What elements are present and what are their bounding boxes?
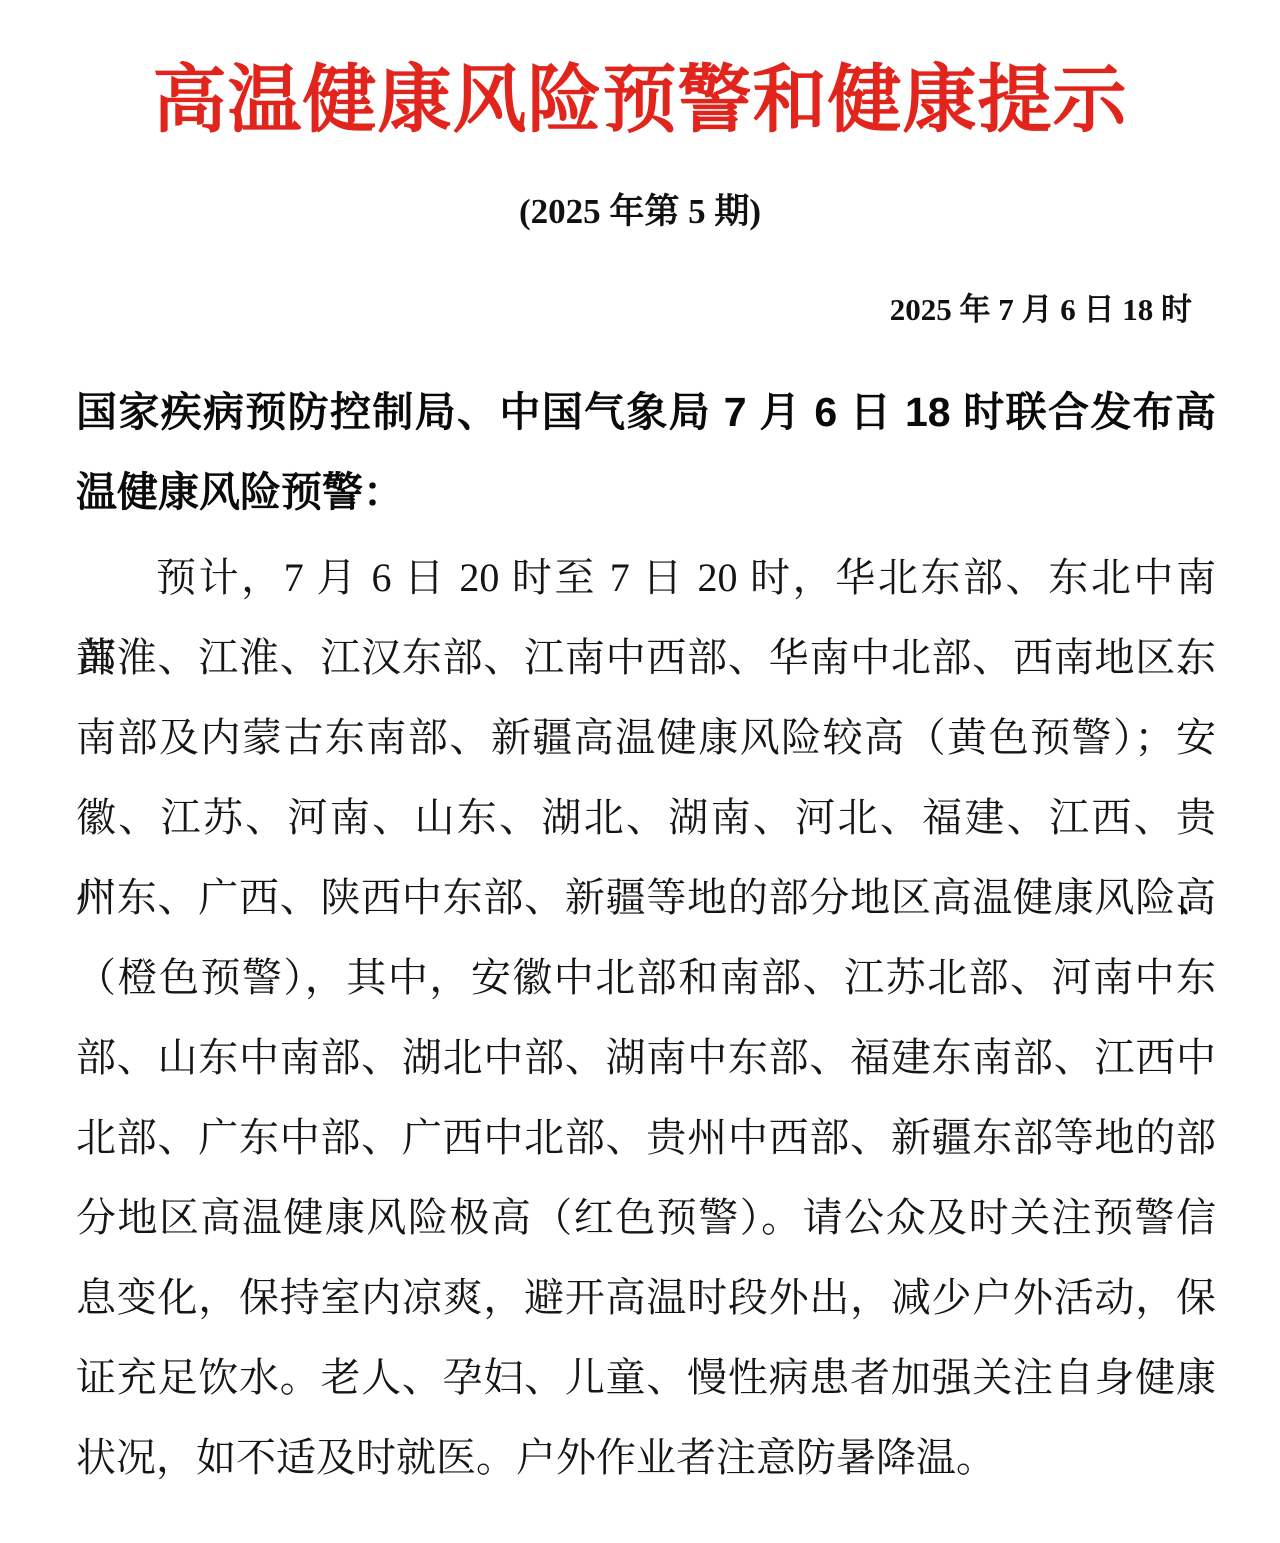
- body-line-4: 徽、江苏、河南、山东、湖北、湖南、河北、福建、江西、贵州、: [76, 778, 1216, 858]
- body-line-2: 黄淮、江淮、江汉东部、江南中西部、华南中北部、西南地区东: [76, 618, 1216, 698]
- body-line-9: 分地区高温健康风险极高（红色预警）。请公众及时关注预警信: [76, 1178, 1216, 1258]
- publish-date: 2025 年 7 月 6 日 18 时: [890, 288, 1192, 332]
- document-page: 高温健康风险预警和健康提示 (2025 年第 5 期) 2025 年 7 月 6…: [0, 0, 1280, 1543]
- body-line-7: 部、山东中南部、湖北中部、湖南中东部、福建东南部、江西中: [76, 1018, 1216, 1098]
- document-title: 高温健康风险预警和健康提示: [0, 50, 1280, 150]
- lead-heading-line-1: 国家疾病预防控制局、中国气象局 7 月 6 日 18 时联合发布高: [76, 372, 1216, 452]
- body-line-3: 南部及内蒙古东南部、新疆高温健康风险较高（黄色预警）；安: [76, 698, 1216, 778]
- lead-heading-line-2: 温健康风险预警：: [76, 452, 1216, 532]
- body-line-12: 状况，如不适及时就医。户外作业者注意防暑降温。: [76, 1418, 1216, 1498]
- body-line-6: （橙色预警），其中，安徽中北部和南部、江苏北部、河南中东: [76, 938, 1216, 1018]
- body-line-8: 北部、广东中部、广西中北部、贵州中西部、新疆东部等地的部: [76, 1098, 1216, 1178]
- body-line-10: 息变化，保持室内凉爽，避开高温时段外出，减少户外活动，保: [76, 1258, 1216, 1338]
- issue-number: (2025 年第 5 期): [0, 186, 1280, 238]
- lead-heading: 国家疾病预防控制局、中国气象局 7 月 6 日 18 时联合发布高 温健康风险预…: [76, 372, 1216, 532]
- body-line-5: 广东、广西、陕西中东部、新疆等地的部分地区高温健康风险高: [76, 858, 1216, 938]
- body-line-11: 证充足饮水。老人、孕妇、儿童、慢性病患者加强关注自身健康: [76, 1338, 1216, 1418]
- body-paragraph: 预计，7 月 6 日 20 时至 7 日 20 时，华北东部、东北中南部、 黄淮…: [76, 538, 1216, 1498]
- body-line-1: 预计，7 月 6 日 20 时至 7 日 20 时，华北东部、东北中南部、: [76, 538, 1216, 618]
